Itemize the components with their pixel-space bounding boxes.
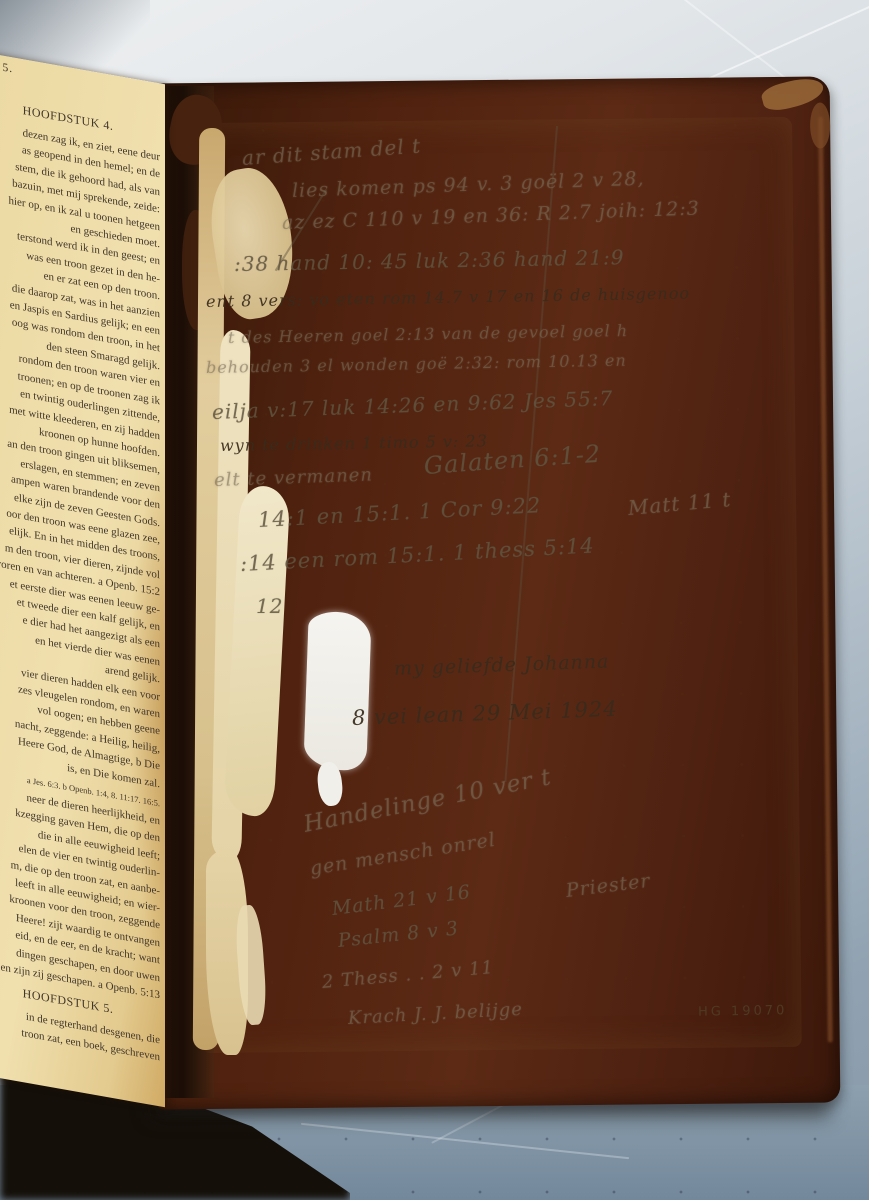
handwriting-line: Psalm 8 v 3 bbox=[337, 917, 460, 952]
handwriting-line: lies komen ps 94 v. 3 goël 2 v 28, bbox=[292, 168, 645, 202]
handwriting-line: my geliefde Johanna bbox=[394, 650, 610, 680]
handwriting-line: t des Heeren goel 2:13 van de gevoel goe… bbox=[228, 321, 628, 347]
inventory-stamp: HG 19070 bbox=[698, 1003, 788, 1020]
handwriting-line: behouden 3 el wonden goë 2:32: rom 10.13… bbox=[206, 351, 627, 377]
handwriting-line: 2 Thess . . 2 v 11 bbox=[321, 957, 495, 993]
handwriting-line: Priester bbox=[565, 870, 652, 902]
left-printed-page: 4, 5.HOOFDSTUK 4.dezen zag ik, en ziet, … bbox=[0, 52, 165, 1107]
handwriting-line: Matt 11 t bbox=[627, 487, 732, 520]
handwriting-line: gen mensch onrel bbox=[308, 829, 497, 880]
handwriting-line: ar dit stam del t bbox=[241, 134, 422, 170]
handwriting-line: ent 8 vers: vo eten rom 14.7 v 17 en 16 … bbox=[206, 284, 690, 311]
handwriting-line: eilja v:17 luk 14:26 en 9:62 Jes 55:7 bbox=[212, 386, 614, 424]
handwriting-line: Krach J. J. belijge bbox=[347, 999, 523, 1029]
handwriting-line: 8 vei lean 29 Mei 1924 bbox=[352, 697, 618, 730]
handwriting-line: 14:1 en 15:1. 1 Cor 9:22 bbox=[257, 493, 541, 532]
handwriting-line: 12 bbox=[256, 594, 283, 618]
handwriting-line: :14 een rom 15:1. 1 thess 5:14 bbox=[239, 533, 595, 576]
handwriting-line: az ez C 110 v 19 en 36: R 2.7 joih: 12:3 bbox=[282, 197, 701, 234]
printed-text-column: 4, 5.HOOFDSTUK 4.dezen zag ik, en ziet, … bbox=[0, 58, 160, 1067]
handwriting-line: Handelinge 10 ver t bbox=[302, 764, 554, 838]
handwriting-line: elt te vermanen bbox=[214, 464, 374, 491]
handwriting-line: Math 21 v 16 bbox=[331, 881, 473, 920]
photo-of-open-antique-bible: HG 19070 ar dit stam del tlies komen ps … bbox=[0, 0, 869, 1200]
handwriting-line: :38 hand 10: 45 luk 2:36 hand 21:9 bbox=[234, 245, 625, 276]
